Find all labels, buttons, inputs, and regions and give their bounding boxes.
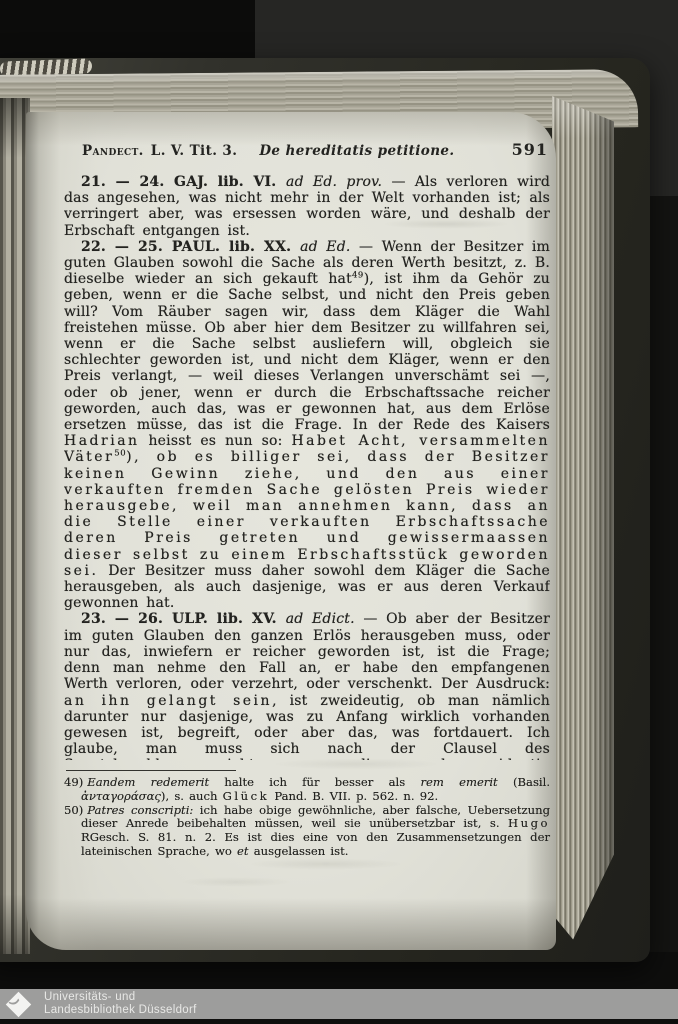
library-name-line1: Universitäts- und	[44, 991, 197, 1004]
footnote-block: 49)Eandem redemerit halte ich für besser…	[64, 770, 550, 859]
text-run: Pand. B. VII. p. 562. n. 92.	[269, 789, 438, 803]
text-run: ), ob es billiger sei, dass der Besitzer…	[64, 449, 550, 578]
text-run: Hadrian	[64, 433, 140, 449]
body-text: 21. — 24. GAJ. lib. VI. ad Ed. prov. — A…	[64, 174, 550, 760]
text-run: Glück	[223, 789, 269, 803]
paragraph: 23. — 26. ULP. lib. XV. ad Edict. — Ob a…	[64, 611, 550, 760]
footnote-number: 49)	[64, 775, 87, 789]
header-citation: L. V. Tit. 3.	[151, 143, 238, 159]
text-run: 22. — 25. PAUL. lib. XX.	[81, 239, 300, 255]
text-run: rem emerit	[420, 775, 497, 789]
text-run: (Basil.	[498, 775, 550, 789]
book-scan-photo: Pandect. L. V. Tit. 3. De hereditatis pe…	[0, 0, 678, 1024]
text-run: Der Besitzer muss daher sowohl dem Kläge…	[64, 563, 550, 611]
text-run: Hugo	[508, 816, 550, 830]
footnote-separator-rule	[66, 770, 236, 771]
text-run: 21. — 24. GAJ. lib. VI.	[81, 174, 286, 190]
footnote: 49)Eandem redemerit halte ich für besser…	[64, 776, 550, 804]
library-name-line2: Landesbibliothek Düsseldorf	[44, 1004, 197, 1017]
library-watermark-bar: Universitäts- und Landesbibliothek Düsse…	[0, 989, 678, 1019]
text-run: ), ist ihm da Gehör zu geben, wenn er di…	[64, 271, 550, 433]
footnote-number: 50)	[64, 803, 87, 817]
text-run: an ihn gelangt sein	[64, 693, 272, 709]
text-run: 23. — 26. ULP. lib. XV.	[81, 611, 286, 627]
header-series: Pandect.	[82, 143, 144, 159]
running-header: Pandect. L. V. Tit. 3. De hereditatis pe…	[64, 140, 550, 159]
text-run: heisst es nun so:	[140, 433, 292, 449]
page-number: 591	[512, 140, 548, 159]
header-chapter-title: De hereditatis petitione.	[259, 143, 454, 159]
footnote-list: 49)Eandem redemerit halte ich für besser…	[64, 776, 550, 859]
text-run: Eandem redemerit	[87, 775, 209, 789]
text-run: ἀνταγοράσας	[81, 789, 161, 803]
text-run: halte ich für besser als	[209, 775, 420, 789]
text-run: et	[237, 844, 249, 858]
book-page: Pandect. L. V. Tit. 3. De hereditatis pe…	[26, 112, 556, 950]
footnote-reference: 50	[114, 449, 126, 459]
text-run: ausgelassen ist.	[249, 844, 349, 858]
text-run: ad Ed. prov.	[286, 174, 382, 190]
paragraph: 21. — 24. GAJ. lib. VI. ad Ed. prov. — A…	[64, 174, 550, 239]
footnote: 50)Patres conscripti: ich habe obige gew…	[64, 804, 550, 859]
text-run: ad Ed.	[300, 239, 350, 255]
paragraph: 22. — 25. PAUL. lib. XX. ad Ed. — Wenn d…	[64, 239, 550, 612]
text-run: ), s. auch	[161, 789, 223, 803]
printed-page-content: Pandect. L. V. Tit. 3. De hereditatis pe…	[64, 140, 550, 926]
ulb-dusseldorf-logo-icon	[5, 991, 32, 1018]
footnote-reference: 49	[352, 271, 364, 281]
text-run: Patres conscripti:	[87, 803, 193, 817]
library-name: Universitäts- und Landesbibliothek Düsse…	[44, 991, 197, 1017]
book-fore-edge-pages	[552, 96, 614, 948]
text-run: ad Edict.	[286, 611, 355, 627]
